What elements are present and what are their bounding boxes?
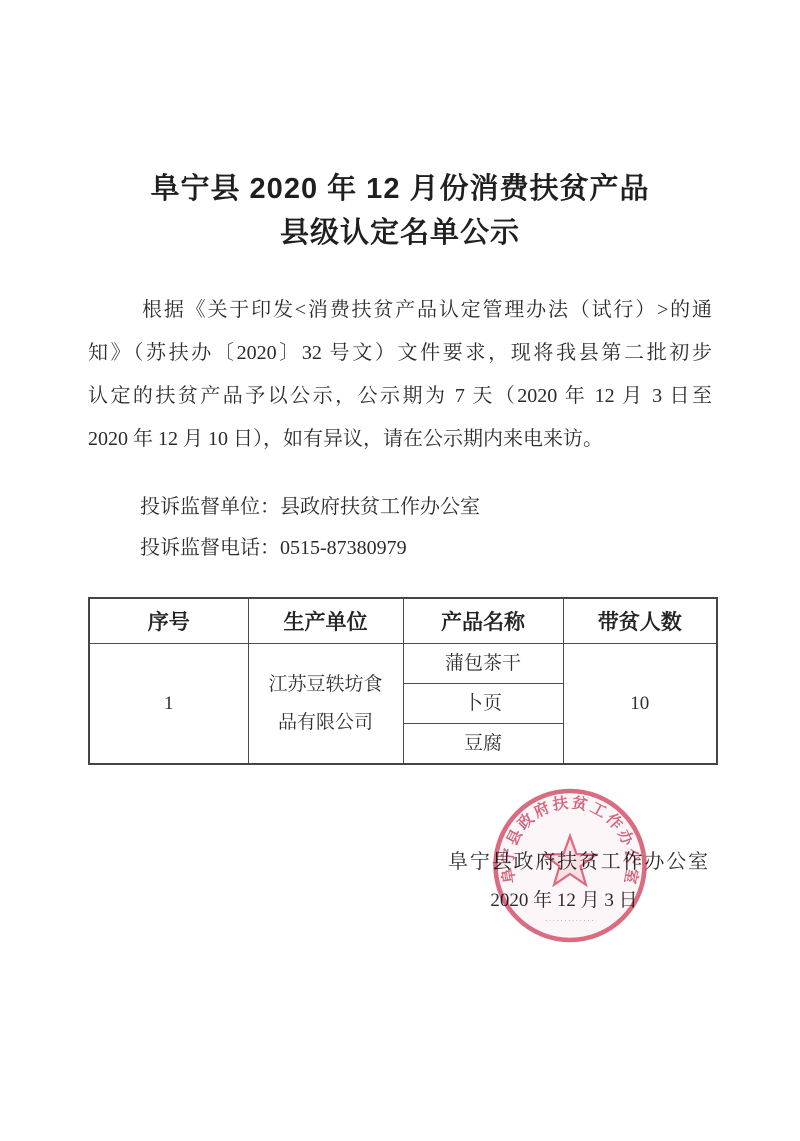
seal-code-marks: ············· bbox=[545, 917, 595, 925]
cell-row-index: 1 bbox=[89, 644, 248, 765]
cell-product-3: 豆腐 bbox=[403, 724, 563, 765]
table-row: 1 江苏豆轶坊食品有限公司 蒲包茶干 10 bbox=[89, 644, 717, 684]
document-page: 阜宁县 2020 年 12 月份消费扶贫产品 县级认定名单公示 根据《关于印发<… bbox=[0, 0, 800, 1141]
cell-beneficiary-count: 10 bbox=[563, 644, 717, 765]
cell-product-2: 卜页 bbox=[403, 684, 563, 724]
table-header-row: 序号 生产单位 产品名称 带贫人数 bbox=[89, 598, 717, 644]
header-cell-beneficiary-count: 带贫人数 bbox=[563, 598, 717, 644]
paragraph-line: 知》（苏扶办〔2020〕32 号文）文件要求，现将我县第二批初步 bbox=[88, 332, 712, 375]
products-table: 序号 生产单位 产品名称 带贫人数 1 江苏豆轶坊食品有限公司 蒲包茶干 10 … bbox=[88, 597, 718, 765]
paragraph-line: 2020 年 12 月 10 日），如有异议，请在公示期内来电来访。 bbox=[88, 418, 712, 461]
header-cell-product-name: 产品名称 bbox=[403, 598, 563, 644]
notice-title-line-1: 阜宁县 2020 年 12 月份消费扶贫产品 bbox=[0, 171, 800, 207]
signature-block: 阜宁县政府扶贫工作办公室 2020 年 12 月 3 日 bbox=[448, 850, 708, 912]
header-cell-index: 序号 bbox=[89, 598, 248, 644]
paragraph-line: 根据《关于印发<消费扶贫产品认定管理办法（试行）>的通 bbox=[88, 289, 712, 332]
paragraph-line: 认定的扶贫产品予以公示，公示期为 7 天（2020 年 12 月 3 日至 bbox=[88, 375, 712, 418]
notice-title-line-2: 县级认定名单公示 bbox=[0, 215, 800, 251]
notice-body-paragraph: 根据《关于印发<消费扶贫产品认定管理办法（试行）>的通 知》（苏扶办〔2020〕… bbox=[88, 289, 712, 461]
contact-block: 投诉监督单位：县政府扶贫工作办公室 投诉监督电话：0515-87380979 bbox=[140, 487, 480, 569]
signature-unit: 阜宁县政府扶贫工作办公室 bbox=[448, 850, 708, 874]
header-cell-producer: 生产单位 bbox=[248, 598, 403, 644]
cell-producer: 江苏豆轶坊食品有限公司 bbox=[248, 644, 403, 765]
contact-supervision-unit: 投诉监督单位：县政府扶贫工作办公室 bbox=[140, 487, 480, 528]
cell-product-1: 蒲包茶干 bbox=[403, 644, 563, 684]
signature-date: 2020 年 12 月 3 日 bbox=[448, 889, 708, 912]
contact-supervision-phone: 投诉监督电话：0515-87380979 bbox=[140, 528, 480, 569]
